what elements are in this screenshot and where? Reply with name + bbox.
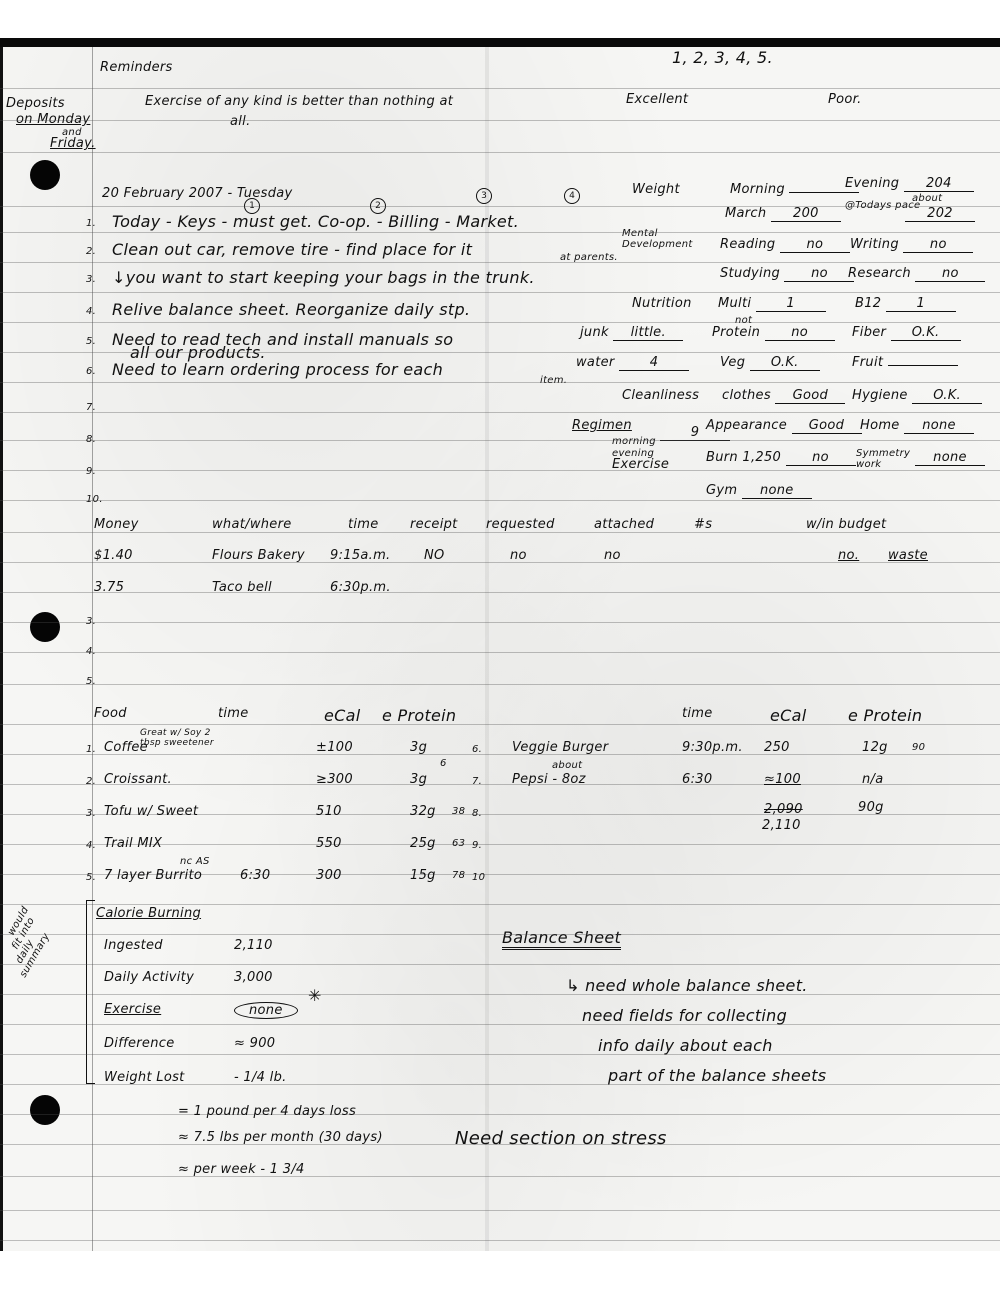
- ruled-line: [0, 754, 1000, 755]
- scan-top-margin: [0, 0, 1000, 38]
- todo-item: Need to read tech and install manuals so: [112, 330, 453, 349]
- todo-continuation: item.: [540, 375, 567, 386]
- food-item: Tofu w/ Sweet: [104, 804, 198, 819]
- ruled-line: [0, 1054, 1000, 1055]
- morning-exercise-label: morning: [612, 436, 656, 447]
- fruit-value: [888, 365, 958, 366]
- food-calories: 250: [764, 740, 790, 755]
- stress-note: Need section on stress: [455, 1128, 667, 1149]
- food-protein-running: 78: [452, 870, 465, 881]
- regimen-label: Regimen: [572, 418, 632, 433]
- rating-poor: Poor.: [828, 92, 862, 107]
- food-total-protein: 90g: [858, 800, 884, 815]
- food-index: 7.: [472, 776, 482, 787]
- money-receipt: NO: [424, 548, 445, 563]
- food-calories: 300: [316, 868, 342, 883]
- junk-value: little.: [613, 325, 683, 341]
- money-column-header: w/in budget: [806, 517, 886, 532]
- clothes-value: Good: [775, 388, 845, 404]
- balance-sheet-note: info daily about each: [598, 1036, 773, 1055]
- food-index: 8.: [472, 808, 482, 819]
- food-protein-running: 63: [452, 838, 465, 849]
- ruled-line: [0, 1240, 1000, 1241]
- water-value: 4: [619, 355, 689, 371]
- money-column-header: what/where: [212, 517, 292, 532]
- reading-value: no: [780, 237, 850, 253]
- food-total-calories: 2,110: [762, 818, 801, 833]
- food-row-number: 3.: [86, 808, 96, 819]
- balance-sheet-note: ↳ need whole balance sheet.: [566, 976, 808, 995]
- protein-value: no: [765, 325, 835, 341]
- priority-mark: 4: [564, 188, 580, 204]
- ruled-line: [0, 904, 1000, 905]
- weight-loss-calculation: ≈ per week - 1 3/4: [178, 1162, 305, 1177]
- money-where: Flours Bakery: [212, 548, 305, 563]
- rating-numbers: 1, 2, 3, 4, 5.: [672, 48, 773, 67]
- food-row-number: 1.: [86, 744, 96, 755]
- todo-number: 7.: [86, 402, 96, 413]
- todo-number: 1.: [86, 218, 96, 229]
- reading-field: Reading no: [720, 237, 850, 253]
- food-protein: 15g: [410, 868, 436, 883]
- star-icon: ✳: [308, 986, 322, 1005]
- money-row-number: 4.: [86, 646, 96, 657]
- writing-value: no: [903, 237, 973, 253]
- margin-note-line: Friday.: [50, 136, 96, 151]
- food-column-header: e Protein: [848, 706, 922, 725]
- todo-number: 2.: [86, 246, 96, 257]
- food-note: Great w/ Soy 2 tbsp sweetener: [140, 728, 230, 748]
- ruled-line: [0, 1144, 1000, 1145]
- calorie-row-label: Ingested: [104, 938, 163, 953]
- calorie-row-value: 2,110: [234, 938, 273, 953]
- todo-number: 9.: [86, 466, 96, 477]
- ruled-line: [0, 500, 1000, 501]
- water-field: water 4: [576, 355, 689, 371]
- money-column-header: #s: [694, 517, 712, 532]
- food-protein: n/a: [862, 772, 884, 787]
- money-amount: $1.40: [94, 548, 133, 563]
- money-requested: no: [510, 548, 527, 563]
- food-column-header: e Protein: [382, 706, 456, 725]
- ruled-line: [0, 684, 1000, 685]
- food-note: nc AS: [180, 856, 210, 867]
- food-index: 9.: [472, 840, 482, 851]
- paper-top-edge: [0, 38, 1000, 47]
- todo-item: Need to learn ordering process for each: [112, 360, 443, 379]
- food-item: Veggie Burger: [512, 740, 608, 755]
- march-weight-value: 200: [771, 206, 841, 222]
- studying-value: no: [784, 266, 854, 282]
- food-index: 6.: [472, 744, 482, 755]
- b12-value: 1: [886, 296, 956, 312]
- research-value: no: [915, 266, 985, 282]
- punch-hole-icon: [30, 160, 60, 190]
- ruled-line: [0, 592, 1000, 593]
- todo-item: ↓you want to start keeping your bags in …: [112, 268, 535, 287]
- fiber-field: Fiber O.K.: [852, 325, 961, 341]
- ruled-line: [0, 262, 1000, 263]
- ruled-line: [0, 232, 1000, 233]
- calorie-row-value: 3,000: [234, 970, 273, 985]
- calorie-row-label: Exercise: [104, 1002, 161, 1017]
- burn-value: no: [786, 450, 856, 466]
- multi-value: 1: [756, 296, 826, 312]
- food-column-header: time: [218, 706, 249, 721]
- todo-number: 8.: [86, 434, 96, 445]
- research-field: Research no: [848, 266, 985, 282]
- ruled-line: [0, 934, 1000, 935]
- protein-field: Protein no: [712, 325, 835, 341]
- money-budget: no.: [838, 548, 859, 563]
- weight-loss-calculation: = 1 pound per 4 days loss: [178, 1104, 356, 1119]
- food-protein-running: 6: [440, 758, 447, 769]
- calorie-row-label: Difference: [104, 1036, 175, 1051]
- todo-number: 3.: [86, 274, 96, 285]
- morning-weight-value: [789, 192, 859, 193]
- ruled-line: [0, 1114, 1000, 1115]
- food-protein: 12g: [862, 740, 888, 755]
- margin-note-line: Deposits: [6, 96, 65, 111]
- ruled-line: [0, 88, 1000, 89]
- money-column-header: attached: [594, 517, 654, 532]
- money-row-number: 5.: [86, 676, 96, 687]
- todo-number: 10.: [86, 494, 103, 505]
- pace-weight-value: 202: [905, 206, 975, 222]
- todo-number: 5.: [86, 336, 96, 347]
- burn-field: Burn 1,250 no: [706, 450, 856, 466]
- gym-value: none: [742, 483, 812, 499]
- ruled-line: [0, 622, 1000, 623]
- money-note: waste: [888, 548, 928, 563]
- ruled-line: [0, 1210, 1000, 1211]
- junk-field: junk little.: [580, 325, 683, 341]
- march-weight: March 200: [725, 206, 841, 222]
- food-calories: ≈100: [764, 772, 801, 787]
- exercise-note: all.: [230, 114, 251, 129]
- nutrition-label: Nutrition: [632, 296, 692, 311]
- calorie-row-value: - 1/4 lb.: [234, 1070, 287, 1085]
- food-column-header: eCal: [770, 706, 806, 725]
- calorie-row-label: Weight Lost: [104, 1070, 185, 1085]
- food-time: 6:30: [682, 772, 712, 787]
- entry-date: 20 February 2007 - Tuesday: [102, 186, 293, 201]
- money-time: 9:15a.m.: [330, 548, 391, 563]
- food-row-number: 4.: [86, 840, 96, 851]
- food-calories: 550: [316, 836, 342, 851]
- food-item: Trail MIX: [104, 836, 162, 851]
- food-total-struck: 2,090: [764, 802, 803, 817]
- home-value: none: [904, 418, 974, 434]
- ruled-line: [0, 440, 1000, 441]
- fruit-field: Fruit: [852, 355, 958, 370]
- cleanliness-label: Cleanliness: [622, 388, 699, 403]
- food-item: 7 layer Burrito: [104, 868, 202, 883]
- money-attached: no: [604, 548, 621, 563]
- calorie-section-title: Calorie Burning: [96, 906, 201, 921]
- paper-left-edge: [0, 47, 3, 1251]
- food-protein: 25g: [410, 836, 436, 851]
- ruled-line: [0, 1176, 1000, 1177]
- studying-field: Studying no: [720, 266, 854, 282]
- calorie-row-value: ≈ 900: [234, 1036, 275, 1051]
- pace-note: about: [912, 193, 942, 204]
- balance-sheet-note: need fields for collecting: [582, 1006, 787, 1025]
- food-item: Croissant.: [104, 772, 172, 787]
- fiber-value: O.K.: [891, 325, 961, 341]
- food-column-header: Food: [94, 706, 127, 721]
- calorie-row-label: Daily Activity: [104, 970, 194, 985]
- ruled-line: [0, 152, 1000, 153]
- money-row-number: 3.: [86, 616, 96, 627]
- home-field: Home none: [860, 418, 974, 434]
- money-column-header: receipt: [410, 517, 458, 532]
- food-note: about: [552, 760, 582, 771]
- weight-loss-calculation: ≈ 7.5 lbs per month (30 days): [178, 1130, 383, 1145]
- gym-field: Gym none: [706, 483, 812, 499]
- money-where: Taco bell: [212, 580, 272, 595]
- food-time: 9:30p.m.: [682, 740, 743, 755]
- veg-field: Veg O.K.: [720, 355, 820, 371]
- ruled-line: [0, 1024, 1000, 1025]
- todo-number: 4.: [86, 306, 96, 317]
- hygiene-value: O.K.: [912, 388, 982, 404]
- todo-item: Clean out car, remove tire - find place …: [112, 240, 472, 259]
- todo-number: 6.: [86, 366, 96, 377]
- food-item: Pepsi - 8oz: [512, 772, 586, 787]
- ruled-line: [0, 994, 1000, 995]
- food-protein: 3g: [410, 772, 427, 787]
- page-header: Reminders: [100, 60, 173, 75]
- food-row-number: 2.: [86, 776, 96, 787]
- b12-field: B12 1: [855, 296, 956, 312]
- food-column-header: eCal: [324, 706, 360, 725]
- weight-label: Weight: [632, 182, 680, 197]
- clothes-field: clothes Good: [722, 388, 845, 404]
- food-column-header: time: [682, 706, 713, 721]
- ruled-line: [0, 652, 1000, 653]
- writing-field: Writing no: [850, 237, 973, 253]
- scan-bottom-margin: [0, 1251, 1000, 1294]
- balance-sheet-note: part of the balance sheets: [608, 1066, 826, 1085]
- appearance-value: Good: [792, 418, 862, 434]
- ruled-line: [0, 412, 1000, 413]
- food-calories: ±100: [316, 740, 353, 755]
- food-protein: 3g: [410, 740, 427, 755]
- rating-excellent: Excellent: [626, 92, 688, 107]
- calorie-row-value: none: [234, 1002, 298, 1019]
- ruled-line: [0, 352, 1000, 353]
- appearance-field: Appearance Good: [706, 418, 862, 434]
- ruled-line: [0, 382, 1000, 383]
- morning-weight: Morning: [730, 182, 859, 197]
- food-row-number: 5.: [86, 872, 96, 883]
- money-time: 6:30p.m.: [330, 580, 391, 595]
- symmetry-label: Symmetry work: [856, 448, 916, 470]
- punch-hole-icon: [30, 1095, 60, 1125]
- veg-value: O.K.: [750, 355, 820, 371]
- food-calories: 510: [316, 804, 342, 819]
- money-amount: 3.75: [94, 580, 124, 595]
- evening-weight-value: 204: [904, 176, 974, 192]
- ruled-line: [0, 120, 1000, 121]
- food-time: 6:30: [240, 868, 270, 883]
- food-calories: ≥300: [316, 772, 353, 787]
- ruled-line: [0, 206, 1000, 207]
- money-column-header: requested: [486, 517, 555, 532]
- todo-item: Relive balance sheet. Reorganize daily s…: [112, 300, 470, 319]
- todo-item: Today - Keys - must get. Co-op. - Billin…: [112, 212, 519, 231]
- food-protein-running: 90: [912, 742, 925, 753]
- food-protein: 32g: [410, 804, 436, 819]
- priority-mark: 3: [476, 188, 492, 204]
- multi-field: Multi 1: [718, 296, 826, 312]
- ruled-line: [0, 322, 1000, 323]
- ruled-line: [0, 532, 1000, 533]
- ruled-line: [0, 292, 1000, 293]
- summary-bracket: [86, 900, 95, 1084]
- food-index: 10: [472, 872, 485, 883]
- ruled-line: [0, 964, 1000, 965]
- symmetry-value: none: [915, 450, 985, 466]
- money-column-header: Money: [94, 517, 139, 532]
- hygiene-field: Hygiene O.K.: [852, 388, 982, 404]
- balance-sheet-title: Balance Sheet: [502, 928, 621, 950]
- evening-weight: Evening 204: [845, 176, 974, 192]
- food-protein-running: 38: [452, 806, 465, 817]
- money-column-header: time: [348, 517, 379, 532]
- ruled-line: [0, 470, 1000, 471]
- punch-hole-icon: [30, 612, 60, 642]
- exercise-note: Exercise of any kind is better than noth…: [145, 94, 453, 109]
